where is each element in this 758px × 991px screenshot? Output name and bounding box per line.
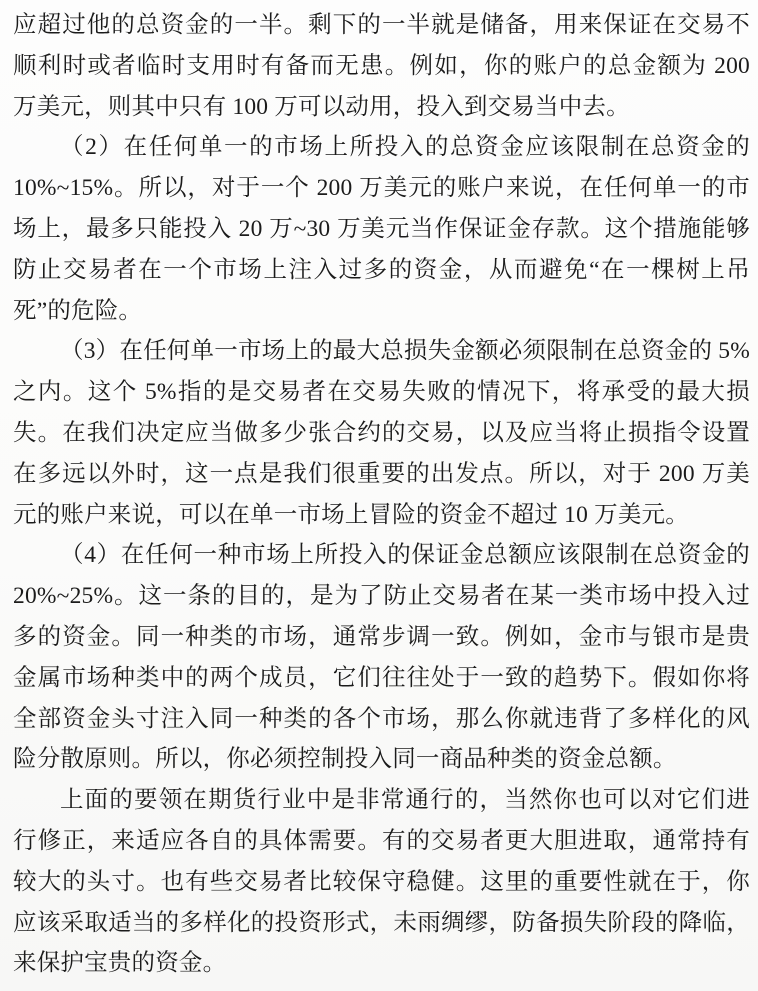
book-page: 应超过他的总资金的一半。剩下的一半就是储备，用来保证在交易不顺利时或者临时支用时…: [0, 0, 758, 991]
text-line: 元的账户来说，可以在单一市场上冒险的资金不超过 10 万美元。: [13, 495, 750, 536]
text-line: 死”的危险。: [13, 291, 750, 332]
text-line: （2）在任何单一的市场上所投入的总资金应该限制在总资金的: [13, 127, 750, 168]
text-line: 应超过他的总资金的一半。剩下的一半就是储备，用来保证在交易不: [13, 5, 750, 46]
text-line: 全部资金头寸注入同一种类的各个市场，那么你就违背了多样化的风: [13, 699, 750, 740]
paragraph: （4）在任何一种市场上所投入的保证金总额应该限制在总资金的20%~25%。这一条…: [13, 535, 750, 780]
text-line: （4）在任何一种市场上所投入的保证金总额应该限制在总资金的: [13, 535, 750, 576]
text-line: 行修正，来适应各自的具体需要。有的交易者更大胆进取，通常持有: [13, 821, 750, 862]
text-line: 较大的头寸。也有些交易者比较保守稳健。这里的重要性就在于，你: [13, 862, 750, 903]
text-line: 来保护宝贵的资金。: [13, 943, 750, 984]
text-line: 金属市场种类中的两个成员，它们往往处于一致的趋势下。假如你将: [13, 658, 750, 699]
book-page-scan: { "page": { "kind": "scanned-book-page",…: [0, 0, 758, 991]
text-line: 多的资金。同一种类的市场，通常步调一致。例如，金市与银市是贵: [13, 617, 750, 658]
text-line: 万美元，则其中只有 100 万可以动用，投入到交易当中去。: [13, 87, 750, 128]
text-line: （3）在任何单一市场上的最大总损失金额必须限制在总资金的 5%: [13, 331, 750, 372]
text-line: 20%~25%。这一条的目的，是为了防止交易者在某一类市场中投入过: [13, 576, 750, 617]
text-line: 上面的要领在期货行业中是非常通行的，当然你也可以对它们进: [13, 780, 750, 821]
text-line: 防止交易者在一个市场上注入过多的资金，从而避免“在一棵树上吊: [13, 250, 750, 291]
paragraph: 应超过他的总资金的一半。剩下的一半就是储备，用来保证在交易不顺利时或者临时支用时…: [13, 5, 750, 127]
paragraph: （3）在任何单一市场上的最大总损失金额必须限制在总资金的 5%之内。这个 5%指…: [13, 331, 750, 535]
text-line: 顺利时或者临时支用时有备而无患。例如，你的账户的总金额为 200: [13, 46, 750, 87]
text-line: 在多远以外时，这一点是我们很重要的出发点。所以，对于 200 万美: [13, 454, 750, 495]
text-line: 应该采取适当的多样化的投资形式，未雨绸缪，防备损失阶段的降临，: [13, 903, 750, 944]
text-line: 10%~15%。所以，对于一个 200 万美元的账户来说，在任何单一的市: [13, 168, 750, 209]
text-line: 场上，最多只能投入 20 万~30 万美元当作保证金存款。这个措施能够: [13, 209, 750, 250]
text-line: 之内。这个 5%指的是交易者在交易失败的情况下，将承受的最大损: [13, 372, 750, 413]
text-line: 险分散原则。所以，你必须控制投入同一商品种类的资金总额。: [13, 739, 750, 780]
text-line: 失。在我们决定应当做多少张合约的交易，以及应当将止损指令设置: [13, 413, 750, 454]
paragraph: （2）在任何单一的市场上所投入的总资金应该限制在总资金的10%~15%。所以，对…: [13, 127, 750, 331]
paragraph: 上面的要领在期货行业中是非常通行的，当然你也可以对它们进行修正，来适应各自的具体…: [13, 780, 750, 984]
